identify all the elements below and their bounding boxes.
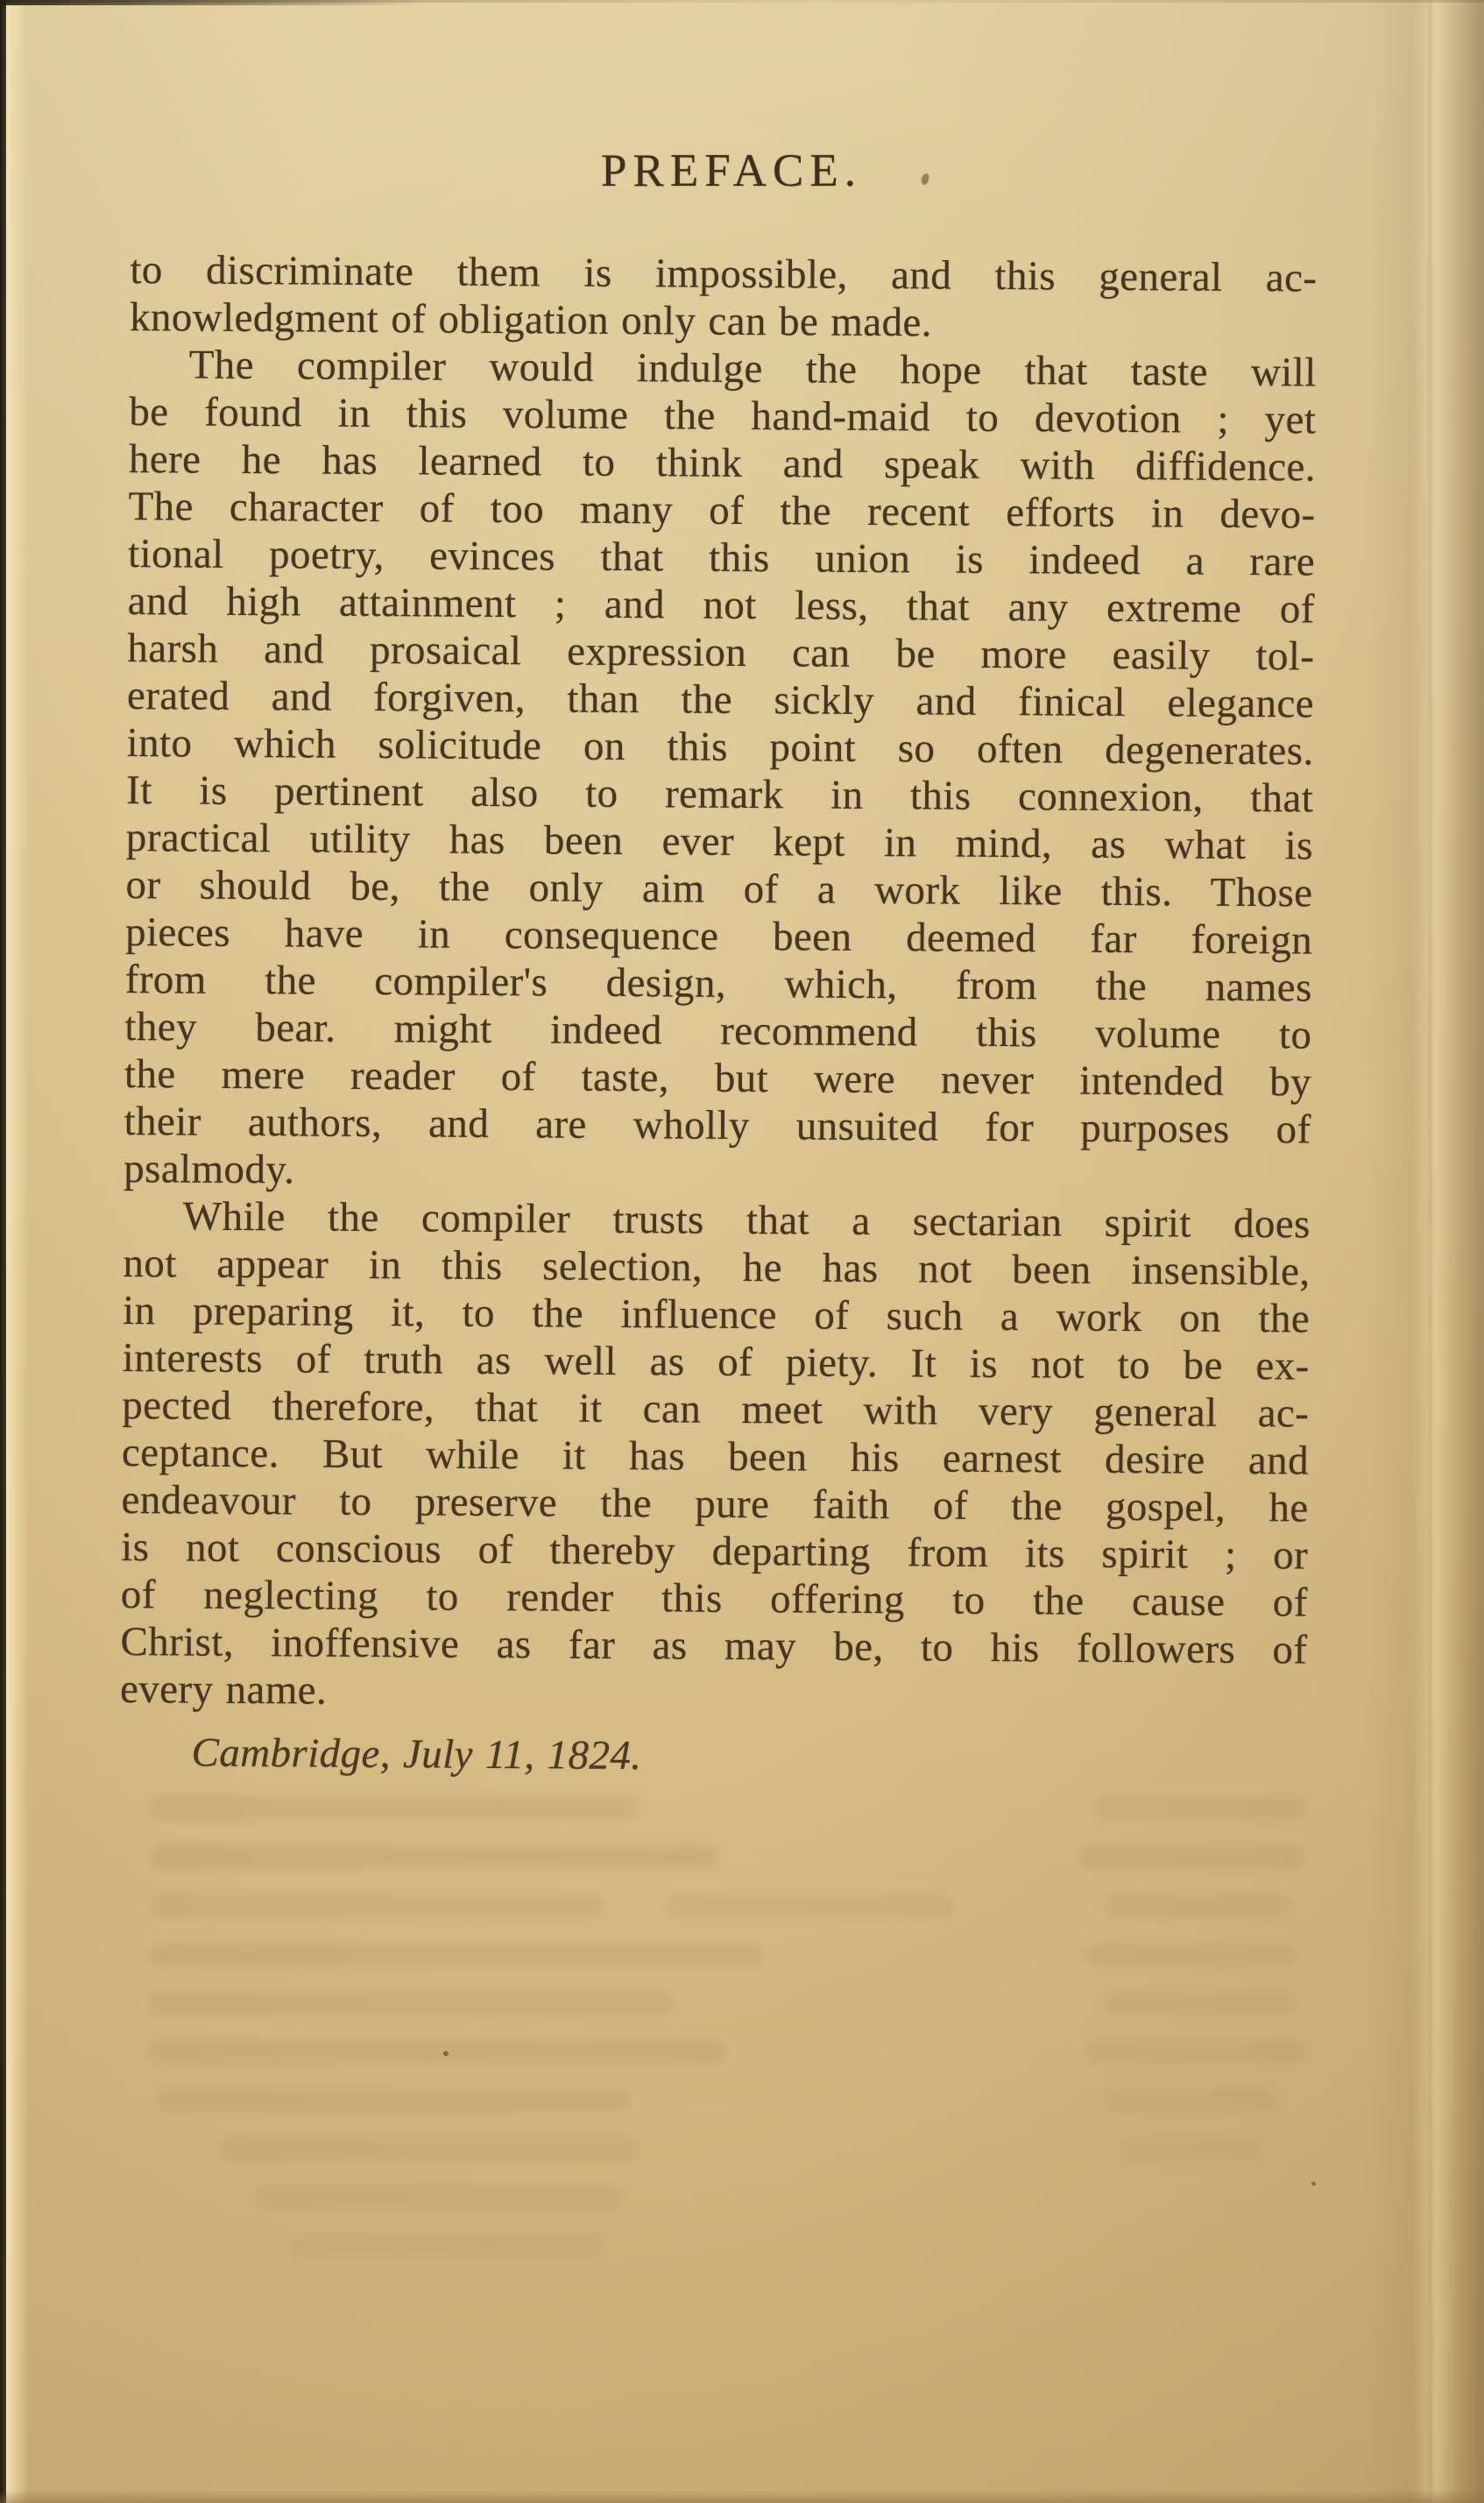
text-line: The character of too many of the recent … [128, 483, 1315, 538]
bleedthrough-smudge [149, 1796, 640, 1820]
bleedthrough-smudge [1078, 1845, 1305, 1869]
text-line: The compiler would indulge the hope that… [129, 341, 1316, 396]
text-line: and high attainment ; and not less, that… [128, 577, 1315, 633]
text-line: psalmody. [124, 1145, 1311, 1200]
page-title: PREFACE. [118, 145, 1345, 197]
page-body: to discriminate them is impossible, and … [119, 246, 1317, 1784]
text-line: or should be, the only aim of a work lik… [125, 861, 1312, 916]
bleedthrough-smudge [1095, 1796, 1305, 1820]
text-line: While the compiler trusts that a sectari… [124, 1192, 1311, 1248]
text-line: It is pertinent also to remark in this c… [126, 767, 1313, 822]
text-line: is not conscious of thereby departing fr… [121, 1524, 1308, 1579]
text-line: ceptance. But while it has been his earn… [122, 1429, 1309, 1484]
bleedthrough-smudge [254, 2186, 622, 2210]
text-line: pected therefore, that it can meet with … [122, 1382, 1309, 1437]
dateline: Cambridge, July 11, 1824. [119, 1729, 1306, 1784]
text-line: they bear. might indeed recommend this v… [124, 1003, 1311, 1058]
bleedthrough-smudge [149, 1845, 718, 1869]
bleedthrough-smudge [149, 1991, 675, 2015]
bleedthrough-smudge [149, 1894, 604, 1918]
text-line: practical utility has been ever kept in … [126, 814, 1313, 869]
text-line: their authors, and are wholly unsuited f… [124, 1098, 1311, 1153]
text-line: here he has learned to think and speak w… [129, 435, 1316, 491]
ink-speck [1311, 2181, 1316, 2186]
text-line: from the compiler's design, which, from … [125, 956, 1312, 1011]
ink-speck [443, 2051, 449, 2056]
text-line: Christ, inoffensive as far as may be, to… [120, 1618, 1307, 1673]
text-line: pieces have in consequence been deemed f… [125, 909, 1312, 964]
text-line: to discriminate them is impossible, and … [130, 246, 1317, 301]
text-line: harsh and prosaical expression can be mo… [127, 625, 1314, 680]
bleedthrough-smudge [149, 1943, 762, 1967]
bleedthrough-smudge [1086, 1943, 1297, 1967]
scan-left-edge-highlight [6, 0, 29, 2503]
bleedthrough-smudge [1121, 2138, 1261, 2161]
page-crease [1429, 0, 1431, 2503]
text-line: the mere reader of taste, but were never… [124, 1050, 1311, 1106]
book-page-scan: PREFACE. to discriminate them is impossi… [0, 0, 1484, 2503]
text-line: in preparing it, to the influence of suc… [123, 1287, 1310, 1342]
bleedthrough-smudge [1104, 1991, 1297, 2015]
text-line: of neglecting to render this offering to… [121, 1571, 1308, 1626]
text-line: every name. [120, 1665, 1307, 1721]
bleedthrough-smudge [158, 2089, 631, 2112]
scan-right-edge [1367, 0, 1484, 2503]
bleedthrough-smudge [149, 2040, 727, 2063]
text-line: erated and forgiven, than the sickly and… [127, 672, 1314, 727]
bleedthrough-smudge [666, 1894, 955, 1918]
scan-top-left-shadow [0, 0, 420, 5]
text-line: tional poetry, evinces that this union i… [128, 530, 1315, 585]
text-line: interests of truth as well as of piety. … [123, 1334, 1310, 1389]
bleedthrough-smudge [1104, 1894, 1288, 1918]
bleedthrough-smudge [289, 2234, 604, 2258]
text-line: knowledgment of obligation only can be m… [130, 293, 1317, 349]
scan-left-edge [0, 0, 6, 2503]
text-line: be found in this volume the hand-maid to… [129, 388, 1316, 443]
bleedthrough-smudge [219, 2138, 640, 2161]
bleedthrough-smudge [1104, 2089, 1279, 2112]
text-line: endeavour to preserve the pure faith of … [121, 1476, 1308, 1531]
text-line: into which solicitude on this point so o… [126, 719, 1313, 774]
scan-bottom-edge [0, 2490, 1484, 2503]
bleedthrough-smudge [1086, 2040, 1305, 2063]
text-line: not appear in this selection, he has not… [123, 1240, 1310, 1295]
